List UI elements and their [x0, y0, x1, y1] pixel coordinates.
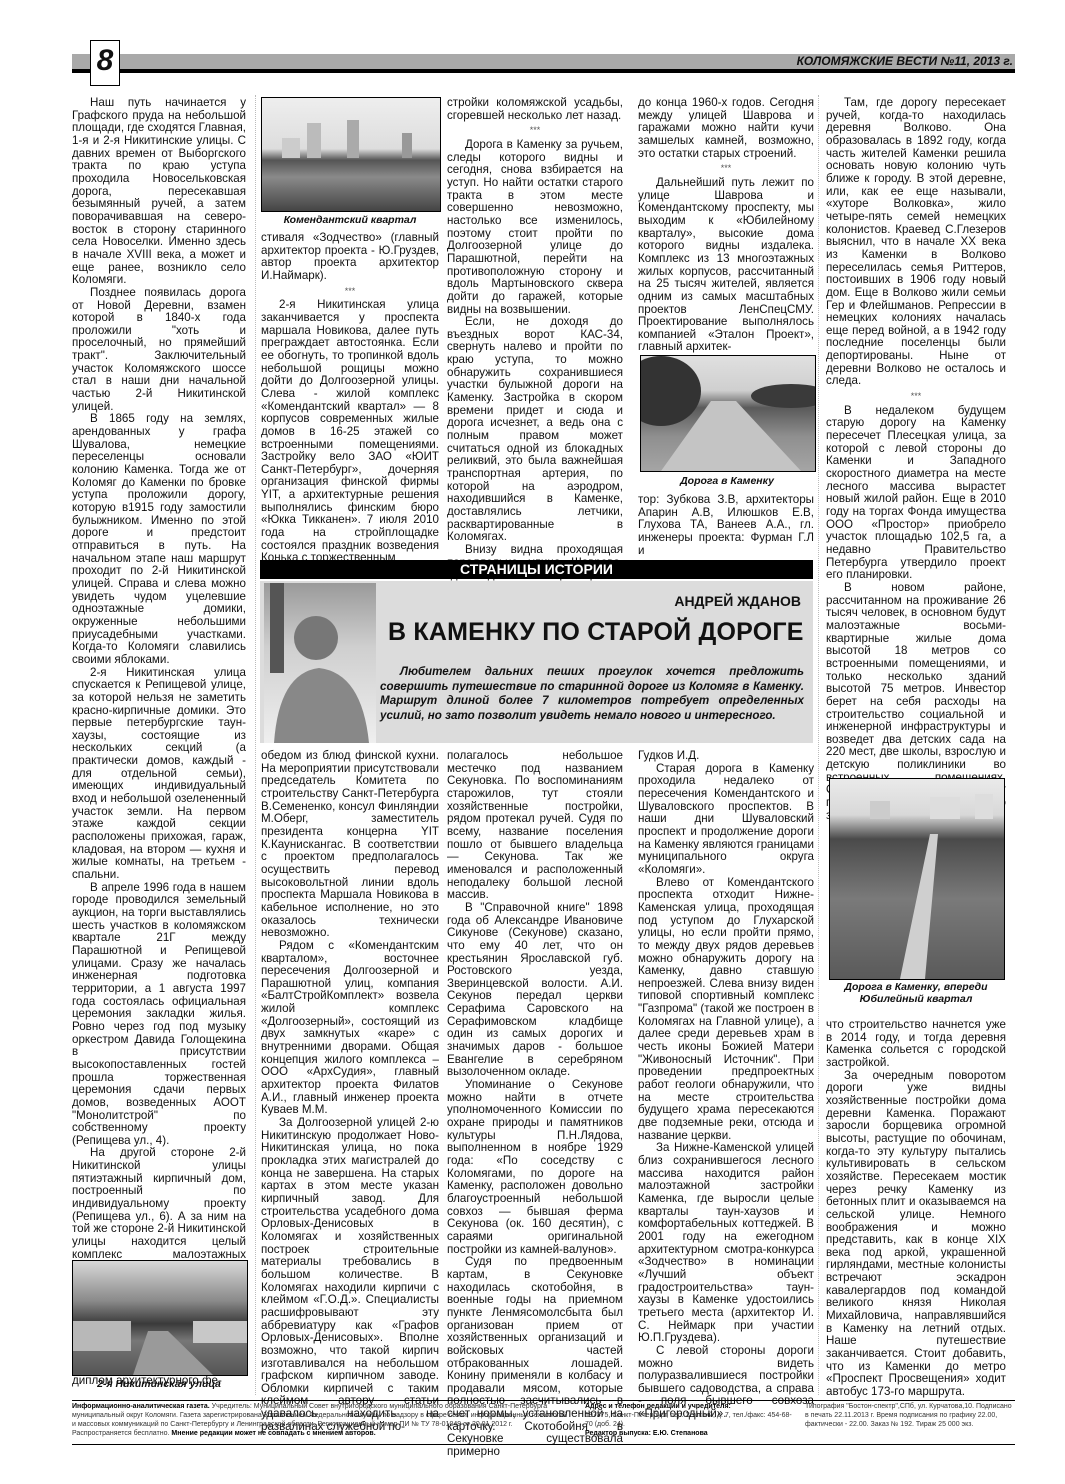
paragraph: В 1865 году на землях, арендованных у гр…: [72, 413, 246, 666]
paragraph: до конца 1960-х годов. Сегодня между ули…: [638, 97, 814, 160]
column-4-top: до конца 1960-х годов. Сегодня между ули…: [638, 97, 814, 354]
article-lead: Любителем дальних пеших прогулок хочется…: [380, 665, 804, 723]
photo-road: [640, 355, 816, 472]
dirt-road-photo-icon: [641, 356, 815, 471]
column-5-top: Там, где дорогу пересекает ручей, когда-…: [826, 97, 1006, 822]
paragraph: Дальнейший путь лежит по улице Шаврова и…: [638, 177, 814, 354]
footer-info: Информационно-аналитическая газета. Учре…: [72, 1402, 572, 1438]
author-portrait: [264, 583, 376, 743]
paragraph: стиваля «Зодчество» (главный архитектор …: [261, 232, 439, 283]
paragraph: В апреле 1996 года в нашем городе провод…: [72, 882, 246, 1148]
paragraph: 2-я Никитинская улица заканчивается у пр…: [261, 299, 439, 565]
paragraph: 2-я Никитинская улица спускается к Репищ…: [72, 667, 246, 882]
photo-komendantsky: [261, 97, 441, 212]
column-2-top: стиваля «Зодчество» (главный архитектор …: [261, 232, 439, 565]
paragraph: В недалеком будущем старую дорогу на Кам…: [826, 405, 1006, 582]
paragraph: Влево от Комендантского проспекта отходи…: [638, 877, 814, 1143]
street-photo-icon: [73, 1261, 247, 1375]
paragraph: Наш путь начинается у Графского пруда на…: [72, 97, 246, 287]
column-2-bottom: обедом из блюд финской кухни. На меропри…: [261, 750, 439, 1433]
column-4-bottom: Гудков И.Д. Старая дорога в Каменку прох…: [638, 750, 814, 1421]
paragraph: Дорога в Каменку за ручьем, следы которо…: [447, 139, 623, 316]
paragraph: Упоминание о Секунове можно найти в отче…: [447, 1079, 623, 1256]
paragraph: обедом из блюд финской кухни. На меропри…: [261, 750, 439, 940]
footer-top-rule: [72, 1400, 1015, 1401]
column-divider: [255, 95, 256, 1395]
paragraph: За Нижне-Каменской улицей близ сохранивш…: [638, 1142, 814, 1345]
editor: Редактор выпуска: Е.Ю. Степанова: [585, 1430, 708, 1437]
footer-info-bold: Информационно-аналитическая газета.: [72, 1403, 210, 1410]
paragraph: Позднее появилась дорога от Новой Деревн…: [72, 287, 246, 414]
paragraph: стройки коломяжской усадьбы, сгоревшей н…: [447, 97, 623, 122]
footer-disclaimer: Мнение редакции может не совпадать с мне…: [171, 1430, 375, 1437]
print-info: Типография "Бостон-спектр",СПб, ул. Курч…: [805, 1403, 1012, 1428]
paragraph: Если, не доходя до въездных ворот КАС-34…: [447, 316, 623, 544]
address-title: Адрес и телефон редакции и учредителя:: [585, 1403, 731, 1410]
paragraph: тор: Зубкова З.В, архитекторы Апарин А.В…: [638, 494, 814, 557]
address-text: 197375, Санкт-Петербург, пер. Земский, д…: [585, 1412, 792, 1428]
paragraph: В "Справочной книге" 1898 года об Алекса…: [447, 902, 623, 1079]
author-name: АНДРЕЙ ЖДАНОВ: [674, 593, 801, 609]
paragraph: Рядом с «Комендантским кварталом», восто…: [261, 940, 439, 1117]
caption-path: Дорога в Каменку, впереди Юбилейный квар…: [829, 981, 1003, 1005]
column-1: Наш путь начинается у Графского пруда на…: [72, 97, 246, 1388]
paragraph: Старая дорога в Каменку проходила недале…: [638, 763, 814, 877]
separator-stars: ***: [826, 390, 1006, 403]
paragraph: полагалось небольшое местечко под назван…: [447, 750, 623, 902]
publication-title: КОЛОМЯЖСКИЕ ВЕСТИ №11, 2013 г.: [797, 54, 1013, 69]
separator-stars: ***: [638, 162, 814, 175]
author-portrait-icon: [264, 583, 376, 743]
article-header: АНДРЕЙ ЖДАНОВ В КАМЕНКУ ПО СТАРОЙ ДОРОГЕ…: [260, 581, 813, 743]
photo-street: [72, 1260, 248, 1376]
page-number: 8: [90, 40, 120, 86]
section-rubric: СТРАНИЦЫ ИСТОРИИ: [260, 560, 813, 579]
paragraph: За очередным поворотом дороги уже видны …: [826, 1070, 1006, 1399]
lead-text: Любителем дальних пеших прогулок хочется…: [380, 665, 804, 723]
column-3-top: стройки коломяжской усадьбы, сгоревшей н…: [447, 97, 623, 582]
caption-komendantsky: Комендантский квартал: [261, 214, 439, 226]
footer-address: Адрес и телефон редакции и учредителя: 1…: [585, 1402, 795, 1438]
footer-bottom-rule: [72, 1444, 1015, 1445]
city-lake-photo-icon: [262, 98, 440, 211]
column-divider: [818, 95, 819, 1395]
separator-stars: ***: [447, 124, 623, 137]
paragraph: За Долгоозерной улицей 2-ю Никитинскую п…: [261, 1117, 439, 1433]
paragraph: Гудков И.Д.: [638, 750, 814, 763]
caption-street: 2-я Никитинская улица: [72, 1378, 246, 1390]
footer-print: Типография "Бостон-спектр",СПб, ул. Курч…: [805, 1402, 1015, 1429]
paragraph: что строительство начнется уже в 2014 го…: [826, 1019, 1006, 1070]
column-5-bottom: что строительство начнется уже в 2014 го…: [826, 1019, 1006, 1399]
column-3-bottom: полагалось небольшое местечко под назван…: [447, 750, 623, 1459]
header-rule: [72, 69, 1015, 73]
caption-road: Дорога в Каменку: [640, 475, 814, 487]
footpath-photo-icon: [830, 779, 1004, 979]
paragraph: Там, где дорогу пересекает ручей, когда-…: [826, 97, 1006, 388]
article-headline: В КАМЕНКУ ПО СТАРОЙ ДОРОГЕ: [388, 618, 804, 647]
separator-stars: ***: [261, 285, 439, 298]
column-4-mid: тор: Зубкова З.В, архитекторы Апарин А.В…: [638, 494, 814, 557]
photo-path: [829, 778, 1005, 980]
